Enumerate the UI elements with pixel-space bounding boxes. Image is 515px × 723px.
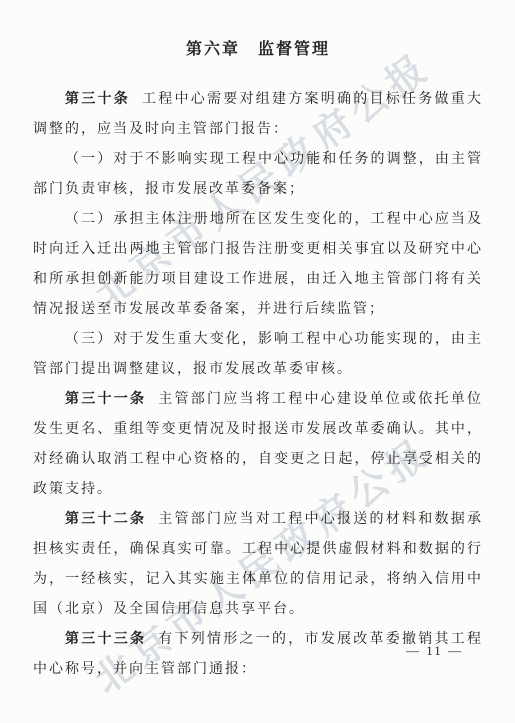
article-body: 第三十条工程中心需要对组建方案明确的目标任务做重大调整的，应当及时向主管部门报告… [33, 85, 483, 685]
item-2-text: （二）承担主体注册地所在区发生变化的，工程中心应当及时向迁入迁出两地主管部门报告… [33, 212, 483, 317]
article-33-number: 第三十三条 [65, 632, 146, 647]
paragraph-article-32: 第三十二条主管部门应当对工程中心报送的材料和数据承担核实责任，确保真实可靠。工程… [33, 505, 483, 625]
document-content: 第六章 监督管理 第三十条工程中心需要对组建方案明确的目标任务做重大调整的，应当… [33, 0, 483, 685]
article-31-text: 主管部门应当将工程中心建设单位或依托单位发生更名、重组等变更情况及时报送市发展改… [33, 392, 483, 497]
paragraph-item-2: （二）承担主体注册地所在区发生变化的，工程中心应当及时向迁入迁出两地主管部门报告… [33, 205, 483, 325]
article-30-number: 第三十条 [65, 92, 130, 107]
article-32-number: 第三十二条 [65, 512, 146, 527]
page-number: — 11 — [406, 643, 463, 659]
item-3-text: （三）对于发生重大变化，影响工程中心功能实现的，由主管部门提出调整建议，报市发展… [33, 332, 483, 377]
paragraph-article-31: 第三十一条主管部门应当将工程中心建设单位或依托单位发生更名、重组等变更情况及时报… [33, 385, 483, 505]
paragraph-item-3: （三）对于发生重大变化，影响工程中心功能实现的，由主管部门提出调整建议，报市发展… [33, 325, 483, 385]
item-1-text: （一）对于不影响实现工程中心功能和任务的调整，由主管部门负责审核，报市发展改革委… [33, 152, 483, 197]
chapter-title: 第六章 监督管理 [33, 36, 483, 59]
paragraph-item-1: （一）对于不影响实现工程中心功能和任务的调整，由主管部门负责审核，报市发展改革委… [33, 145, 483, 205]
gazette-page: 北京市人民政府公报 北京市人民政府公报 第六章 监督管理 第三十条工程中心需要对… [0, 0, 515, 723]
article-31-number: 第三十一条 [65, 392, 146, 407]
article-32-text: 主管部门应当对工程中心报送的材料和数据承担核实责任，确保真实可靠。工程中心提供虚… [33, 512, 483, 617]
paragraph-article-30: 第三十条工程中心需要对组建方案明确的目标任务做重大调整的，应当及时向主管部门报告… [33, 85, 483, 145]
